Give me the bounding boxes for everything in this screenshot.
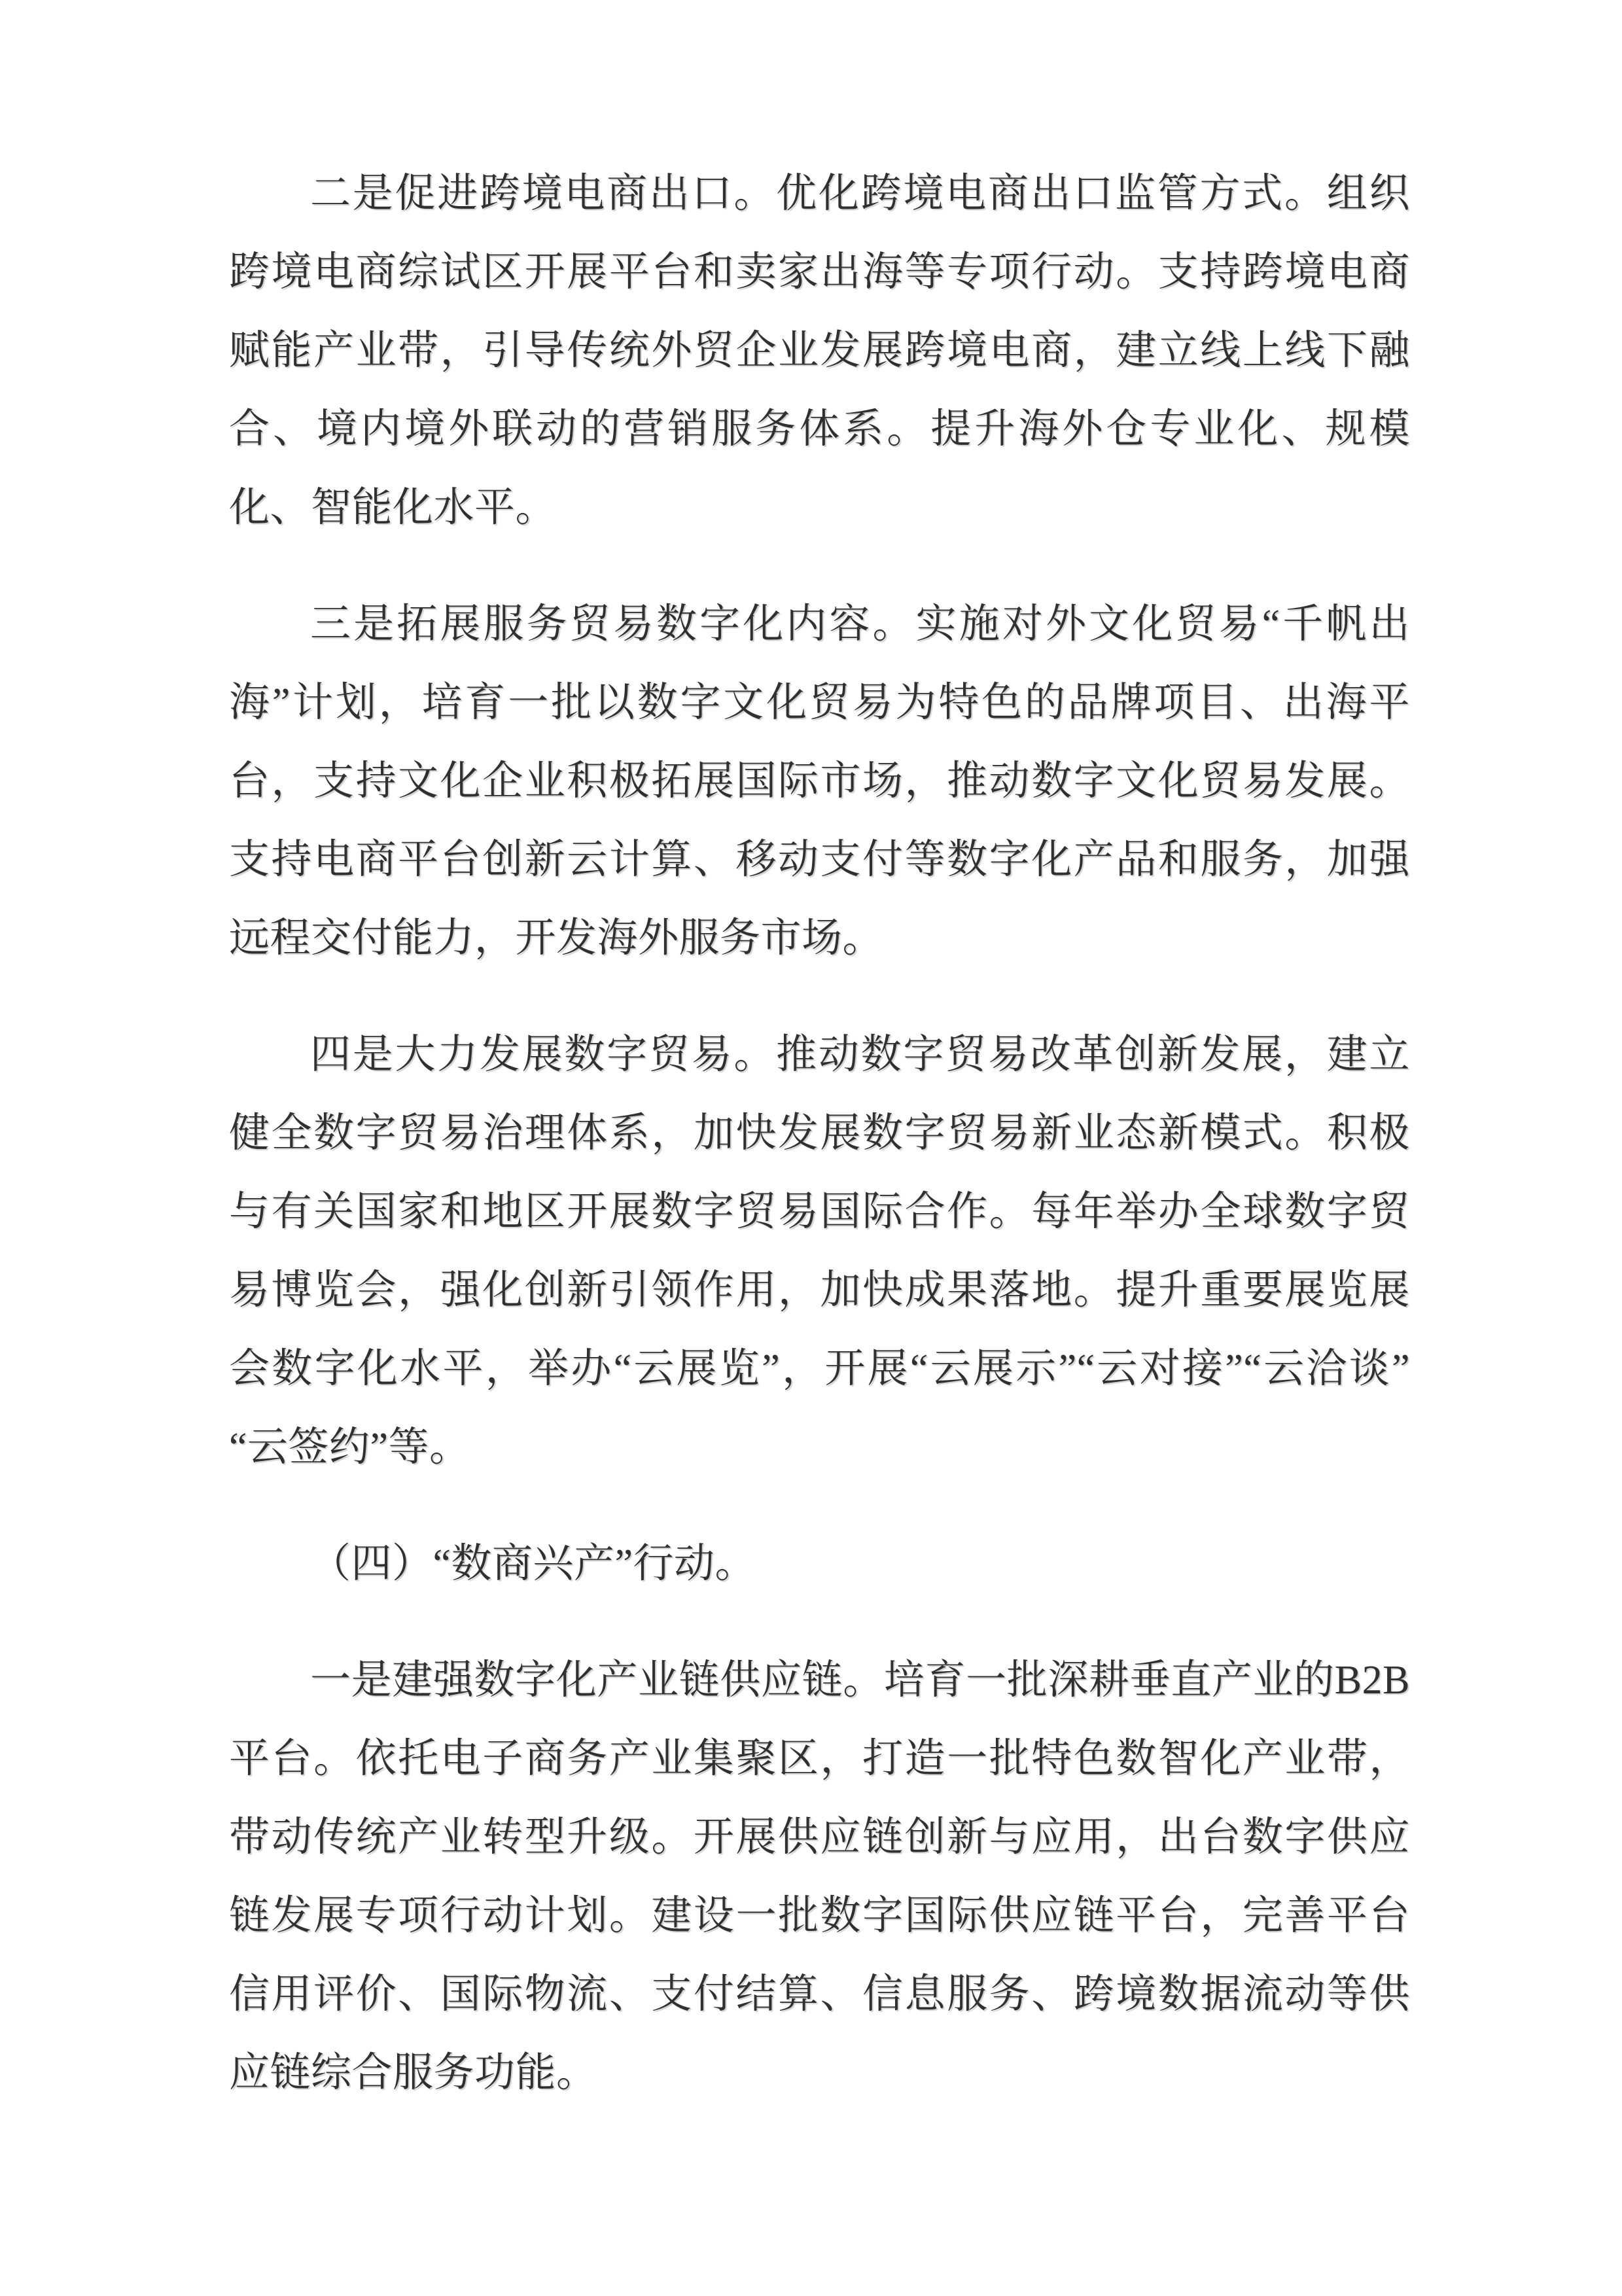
paragraph-cross-border-ecommerce-export: 二是促进跨境电商出口。优化跨境电商出口监管方式。组织跨境电商综试区开展平台和卖家…	[229, 154, 1410, 547]
paragraph-digital-industry-supply-chain: 一是建强数字化产业链供应链。培育一批深耕垂直产业的B2B平台。依托电子商务产业集…	[229, 1641, 1410, 2112]
section-heading-4-shushang-xingchan: （四）“数商兴产”行动。	[229, 1525, 1410, 1603]
paragraph-digital-trade-development: 四是大力发展数字贸易。推动数字贸易改革创新发展，建立健全数字贸易治理体系，加快发…	[229, 1016, 1410, 1487]
document-page: 二是促进跨境电商出口。优化跨境电商出口监管方式。组织跨境电商综试区开展平台和卖家…	[0, 0, 1622, 2296]
paragraph-service-trade-digitalization: 三是拓展服务贸易数字化内容。实施对外文化贸易“千帆出海”计划，培育一批以数字文化…	[229, 585, 1410, 978]
